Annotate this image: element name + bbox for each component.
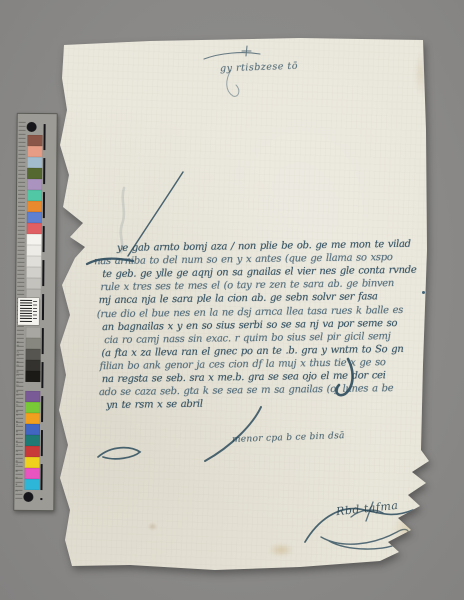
signature-rubric-stroke-3	[351, 497, 444, 521]
line2-swash-stroke	[87, 259, 133, 264]
manuscript-line-6: (rue dio el bue nes en la ne dsj arnca l…	[97, 304, 403, 319]
manuscript-line-5: mj anca nja le sara ple la cion ab. ge s…	[99, 292, 378, 307]
manuscript-body: ye gab arnto bomj aza / non plie be ob. …	[0, 0, 464, 600]
signature-rubric-stroke-1	[305, 509, 413, 542]
manuscript-line-1: ye gab arnto bomj aza / non plie be ob. …	[117, 239, 411, 254]
laid-paper-texture	[0, 0, 464, 600]
closing-line: menor cpa b ce bin dsā	[232, 431, 345, 445]
manuscript-line-12: ado se caza seb. gta k se sea se m sa gn…	[99, 383, 394, 398]
brace-flourish-stroke	[336, 359, 352, 395]
invocation-line: gy rtisbzese tō	[220, 61, 298, 75]
invocation-loop-stroke	[227, 70, 239, 96]
opening-ascender-stroke	[128, 172, 183, 256]
manuscript-line-7: an bagnailas x y en so sius serbi so se …	[102, 318, 397, 333]
manuscript-line-3: te geb. ge ylle ge aqnj on sa gnailas el…	[102, 265, 416, 280]
paper-stain	[268, 543, 294, 557]
pen-flourishes	[0, 0, 464, 600]
manuscript-line-2: nas arniba to del num so en y x antes (q…	[94, 252, 393, 267]
manuscript-line-8: cia ro camj nass sin exac. r quim bo siu…	[104, 331, 390, 346]
manuscript-line-13: yn te rsm x se abril	[106, 399, 203, 411]
signature-rubric-stroke-2	[321, 529, 408, 549]
manuscript-line-4: rule x tres ses te mes el (o tay re zen …	[100, 278, 394, 293]
ink-spot	[422, 291, 425, 294]
paper-stain	[148, 523, 157, 530]
verso-showthrough-stroke	[121, 188, 124, 252]
bottom-left-swash-stroke	[98, 448, 140, 459]
paper-stain	[414, 52, 428, 96]
manuscript-line-11: na regsta se seb. sra x me.b. gra se sea…	[102, 370, 386, 385]
invocation-cross-icon	[204, 46, 260, 59]
manuscript-paper: gy rtisbzese tō ye gab arnto bomj aza / …	[0, 0, 464, 600]
signature-text: Rbd tafma	[335, 499, 398, 518]
manuscript-line-9: (a fta x za lleva ran el gnec po an te .…	[101, 344, 403, 359]
manuscript-paper-wrap: gy rtisbzese tō ye gab arnto bomj aza / …	[0, 0, 464, 600]
photo-stage: 2 4 6 8 10 12 14 16 18 20 22 24 26 28 30…	[0, 0, 464, 600]
paper-stain	[392, 514, 424, 544]
date-swash-stroke	[205, 407, 261, 461]
manuscript-line-10: filian bo ank genor ja ces cion df la mu…	[100, 357, 386, 372]
